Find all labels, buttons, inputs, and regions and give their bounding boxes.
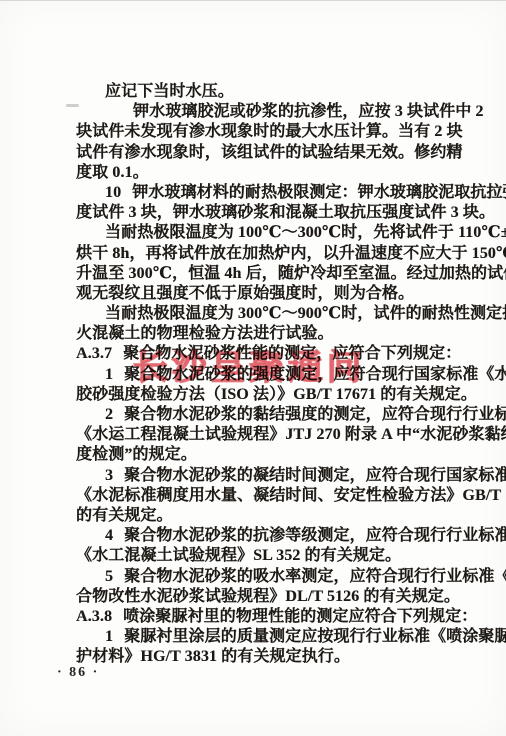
text-line: 钾水玻璃胶泥或砂浆的抗渗性，应按 3 块试件中 2 — [76, 102, 480, 122]
line-text: 聚脲衬里涂层的质量测定应按现行行业标准《喷涂聚脲防 — [124, 628, 506, 645]
clause-number: 1 — [105, 366, 113, 383]
text-line: 《水工混凝土试验规程》SL 352 的有关规定。 — [76, 546, 480, 566]
line-text: 钾水玻璃材料的耐热极限测定：钾水玻璃胶泥取抗拉强 — [132, 184, 506, 201]
text-line: 《水运工程混凝土试验规程》JTJ 270 附录 A 中“水泥砂浆黏结强 — [76, 425, 480, 445]
line-text: 聚合物水泥砂浆的吸水率测定，应符合现行行业标准《聚 — [124, 568, 506, 585]
text-line: 升温至 300℃，恒温 4h 后，随炉冷却至室温。经过加热的试件外 — [76, 264, 480, 284]
text-line: 度试件 3 块，钾水玻璃砂浆和混凝土取抗压强度试件 3 块。 — [76, 203, 480, 223]
line-text: 观无裂纹且强度不低于原始强度时，则为合格。 — [76, 285, 414, 302]
line-text: 应记下当时水压。 — [105, 83, 234, 100]
line-text: 块试件未发现有渗水现象时的最大水压计算。当有 2 块 — [76, 123, 463, 140]
line-text: 烘干 8h，再将试件放在加热炉内，以升温速度不应大于 150℃/h， — [76, 245, 506, 262]
line-text: 火混凝土的物理检验方法进行试验。 — [76, 325, 334, 342]
text-line: 应记下当时水压。 — [76, 82, 480, 102]
line-text: 合物改性水泥砂浆试验规程》DL/T 5126 的有关规定。 — [76, 588, 460, 605]
text-line: 《水泥标准稠度用水量、凝结时间、安定性检验方法》GB/T 1346 — [76, 486, 480, 506]
clause-number: 1 — [105, 628, 113, 645]
text-line: A.3.8喷涂聚脲衬里的物理性能的测定应符合下列规定： — [76, 607, 480, 627]
text-line: 2聚合物水泥砂浆的黏结强度的测定，应符合现行行业标准 — [76, 405, 480, 425]
line-text: 度试件 3 块，钾水玻璃砂浆和混凝土取抗压强度试件 3 块。 — [76, 204, 495, 221]
line-text: 聚合物水泥砂浆的黏结强度的测定，应符合现行行业标准 — [124, 406, 506, 423]
text-line: 3聚合物水泥砂浆的凝结时间测定，应符合现行国家标准 — [76, 466, 480, 486]
line-text: 《水工混凝土试验规程》SL 352 的有关规定。 — [76, 547, 401, 564]
clause-number: 3 — [105, 467, 113, 484]
clause-number: 2 — [105, 406, 113, 423]
clause-number: A.3.7 — [76, 345, 112, 362]
text-line: A.3.7聚合物水泥砂浆性能的测定，应符合下列规定： — [76, 344, 480, 364]
text-block: 应记下当时水压。钾水玻璃胶泥或砂浆的抗渗性，应按 3 块试件中 2块试件未发现有… — [76, 82, 480, 667]
line-text: 聚合物水泥砂浆的抗渗等级测定，应符合现行行业标准 — [124, 527, 506, 544]
clause-number: A.3.8 — [76, 608, 112, 625]
page-number: · 86 · — [57, 665, 99, 681]
line-text: 胶砂强度检验方法（ISO 法）》GB/T 17671 的有关规定。 — [76, 386, 477, 403]
line-text: 钾水玻璃胶泥或砂浆的抗渗性，应按 3 块试件中 2 — [133, 103, 484, 120]
line-text: 《水运工程混凝土试验规程》JTJ 270 附录 A 中“水泥砂浆黏结强 — [76, 426, 506, 443]
text-line: 试件有渗水现象时，该组试件的试验结果无效。修约精 — [76, 143, 480, 163]
text-line: 火混凝土的物理检验方法进行试验。 — [76, 324, 480, 344]
clause-number: 5 — [105, 568, 113, 585]
text-line: 当耐热极限温度为 300℃～900℃时，试件的耐热性测定按耐 — [76, 304, 480, 324]
text-line: 1聚合物水泥砂浆的强度测定，应符合现行国家标准《水泥 — [76, 365, 480, 385]
line-text: 的有关规定。 — [76, 507, 173, 524]
text-line: 的有关规定。 — [76, 506, 480, 526]
line-text: 度取 0.1。 — [76, 164, 149, 181]
text-line: 烘干 8h，再将试件放在加热炉内，以升温速度不应大于 150℃/h， — [76, 244, 480, 264]
text-line: 胶砂强度检验方法（ISO 法）》GB/T 17671 的有关规定。 — [76, 385, 480, 405]
text-line: 度检测”的规定。 — [76, 445, 480, 465]
text-line: 护材料》HG/T 3831 的有关规定执行。 — [76, 647, 480, 667]
line-text: 升温至 300℃，恒温 4h 后，随炉冷却至室温。经过加热的试件外 — [76, 265, 506, 282]
clause-number: 4 — [105, 527, 113, 544]
text-line: 块试件未发现有渗水现象时的最大水压计算。当有 2 块 — [76, 122, 480, 142]
line-text: 聚合物水泥砂浆的凝结时间测定，应符合现行国家标准 — [124, 467, 506, 484]
line-text: 聚合物水泥砂浆性能的测定，应符合下列规定： — [123, 345, 461, 362]
line-text: 当耐热极限温度为 100℃～300℃时，先将试件于 110℃±5℃ — [105, 224, 506, 241]
line-text: 《水泥标准稠度用水量、凝结时间、安定性检验方法》GB/T 1346 — [76, 487, 506, 504]
text-line: 5聚合物水泥砂浆的吸水率测定，应符合现行行业标准《聚 — [76, 567, 480, 587]
text-line: 度取 0.1。 — [76, 163, 480, 183]
text-line: 当耐热极限温度为 100℃～300℃时，先将试件于 110℃±5℃ — [76, 223, 480, 243]
line-text: 护材料》HG/T 3831 的有关规定执行。 — [76, 648, 350, 665]
clause-number: 10 — [105, 184, 121, 201]
document-page: 应记下当时水压。钾水玻璃胶泥或砂浆的抗渗性，应按 3 块试件中 2块试件未发现有… — [0, 0, 506, 736]
text-line: 合物改性水泥砂浆试验规程》DL/T 5126 的有关规定。 — [76, 587, 480, 607]
text-line: 观无裂纹且强度不低于原始强度时，则为合格。 — [76, 284, 480, 304]
line-text: 喷涂聚脲衬里的物理性能的测定应符合下列规定： — [123, 608, 477, 625]
line-text: 聚合物水泥砂浆的强度测定，应符合现行国家标准《水泥 — [124, 366, 506, 383]
line-text: 度检测”的规定。 — [76, 446, 197, 463]
text-line: 4聚合物水泥砂浆的抗渗等级测定，应符合现行行业标准 — [76, 526, 480, 546]
text-line: 1聚脲衬里涂层的质量测定应按现行行业标准《喷涂聚脲防 — [76, 627, 480, 647]
line-text: 当耐热极限温度为 300℃～900℃时，试件的耐热性测定按耐 — [105, 305, 506, 322]
text-line: 10钾水玻璃材料的耐热极限测定：钾水玻璃胶泥取抗拉强 — [76, 183, 480, 203]
line-text: 试件有渗水现象时，该组试件的试验结果无效。修约精 — [76, 144, 462, 161]
